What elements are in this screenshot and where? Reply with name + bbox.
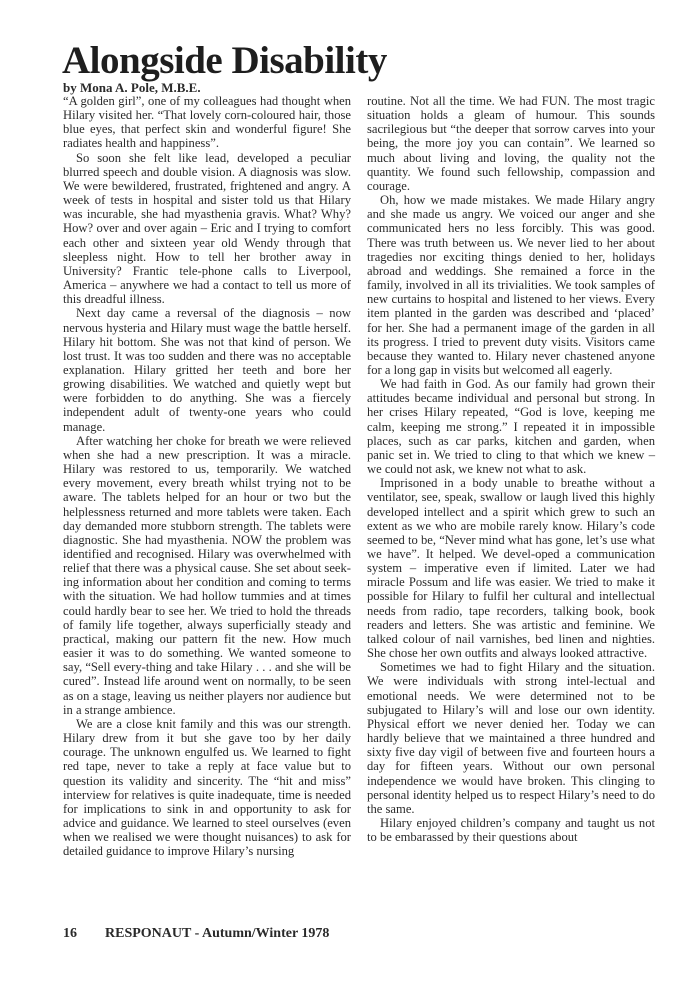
paragraph: routine. Not all the time. We had FUN. T… [367, 94, 655, 193]
paragraph: Sometimes we had to fight Hilary and the… [367, 660, 655, 816]
page-footer: 16RESPONAUT - Autumn/Winter 1978 [63, 926, 329, 942]
article-title: Alongside Disability [62, 38, 387, 84]
paragraph: We are a close knit family and this was … [63, 717, 351, 859]
paragraph: Imprisoned in a body unable to breathe w… [367, 476, 655, 660]
paragraph: Oh, how we made mistakes. We made Hilary… [367, 193, 655, 377]
paragraph: We had faith in God. As our family had g… [367, 377, 655, 476]
paragraph: After watching her choke for breath we w… [63, 434, 351, 717]
paragraph: Hilary enjoyed children’s company and ta… [367, 816, 655, 844]
paragraph: Next day came a reversal of the diagnosi… [63, 306, 351, 433]
right-column: routine. Not all the time. We had FUN. T… [367, 94, 655, 844]
publication-name: RESPONAUT - Autumn/Winter 1978 [105, 926, 329, 941]
paragraph: “A golden girl”, one of my colleagues ha… [63, 94, 351, 151]
page-number: 16 [63, 926, 105, 942]
paragraph: So soon she felt like lead, developed a … [63, 151, 351, 307]
left-column: “A golden girl”, one of my colleagues ha… [63, 94, 351, 858]
